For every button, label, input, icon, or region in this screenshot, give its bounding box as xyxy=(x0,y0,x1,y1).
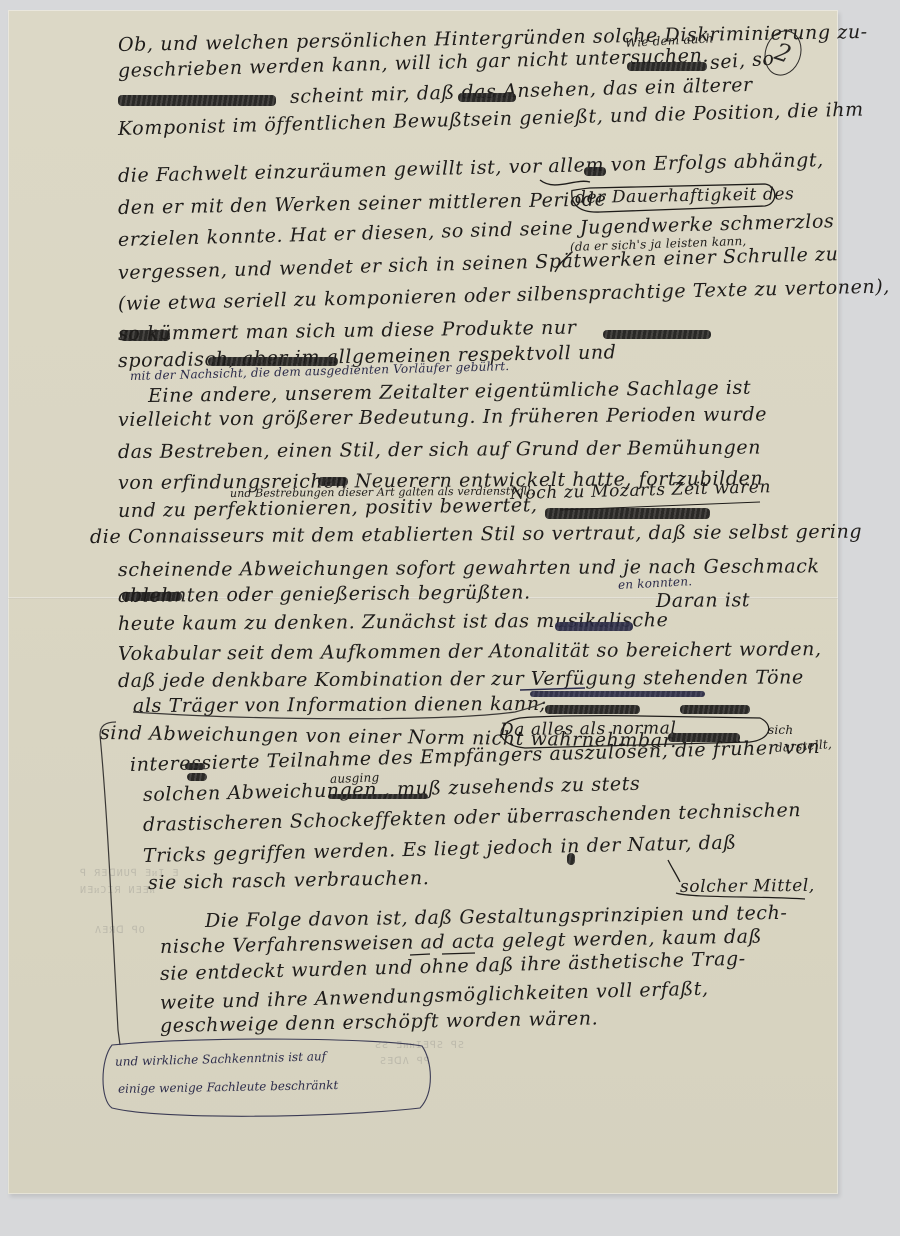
struck-out-text xyxy=(545,508,710,519)
manuscript-word: sei, so xyxy=(709,48,775,74)
struck-out-text xyxy=(555,622,633,631)
manuscript-line: daß jede denkbare Kombination der zur Ve… xyxy=(118,666,804,692)
struck-out-text xyxy=(567,853,575,865)
bleed-through-mark: ƧƧ ƎᴎᴎIƎꟼƧ ꟼƧ xyxy=(375,1040,465,1051)
bleed-through-mark: ИƎᴎƆIЯ ИƎƎᴎ xyxy=(80,885,156,896)
struck-out-text xyxy=(680,705,750,714)
struck-out-text xyxy=(187,773,207,781)
struck-out-text xyxy=(530,691,705,697)
manuscript-word: Daran ist xyxy=(656,589,750,612)
struck-out-text xyxy=(584,167,606,176)
struck-out-text xyxy=(318,477,348,486)
struck-out-text xyxy=(603,330,711,339)
struck-out-text xyxy=(627,62,707,71)
bleed-through-mark: ƧƎᗡɅ ꟼꟼ xyxy=(380,1056,431,1067)
manuscript-line: als Träger von Information dienen kann; xyxy=(133,693,547,717)
manuscript-line: ablehnten oder genießerisch begrüßten. xyxy=(118,581,531,607)
struck-out-text xyxy=(545,705,640,714)
insert-circled: solcher Mittel, xyxy=(680,876,815,897)
insert-circled: der Dauerhaftigkeit des xyxy=(575,184,795,208)
struck-out-text xyxy=(328,794,428,799)
struck-out-text xyxy=(185,763,205,770)
manuscript-line: scheinende Abweichungen sofort gewahrten… xyxy=(118,555,820,581)
manuscript-line: das Bestreben, einen Stil, der sich auf … xyxy=(118,437,761,463)
bleed-through-mark: ɅƎЯᗡ ꟼO xyxy=(95,925,146,936)
margin-note-line: sich xyxy=(768,723,793,737)
struck-out-text xyxy=(458,93,516,102)
struck-out-text xyxy=(118,95,276,106)
insert-circled: Da alles als normal xyxy=(500,718,677,740)
